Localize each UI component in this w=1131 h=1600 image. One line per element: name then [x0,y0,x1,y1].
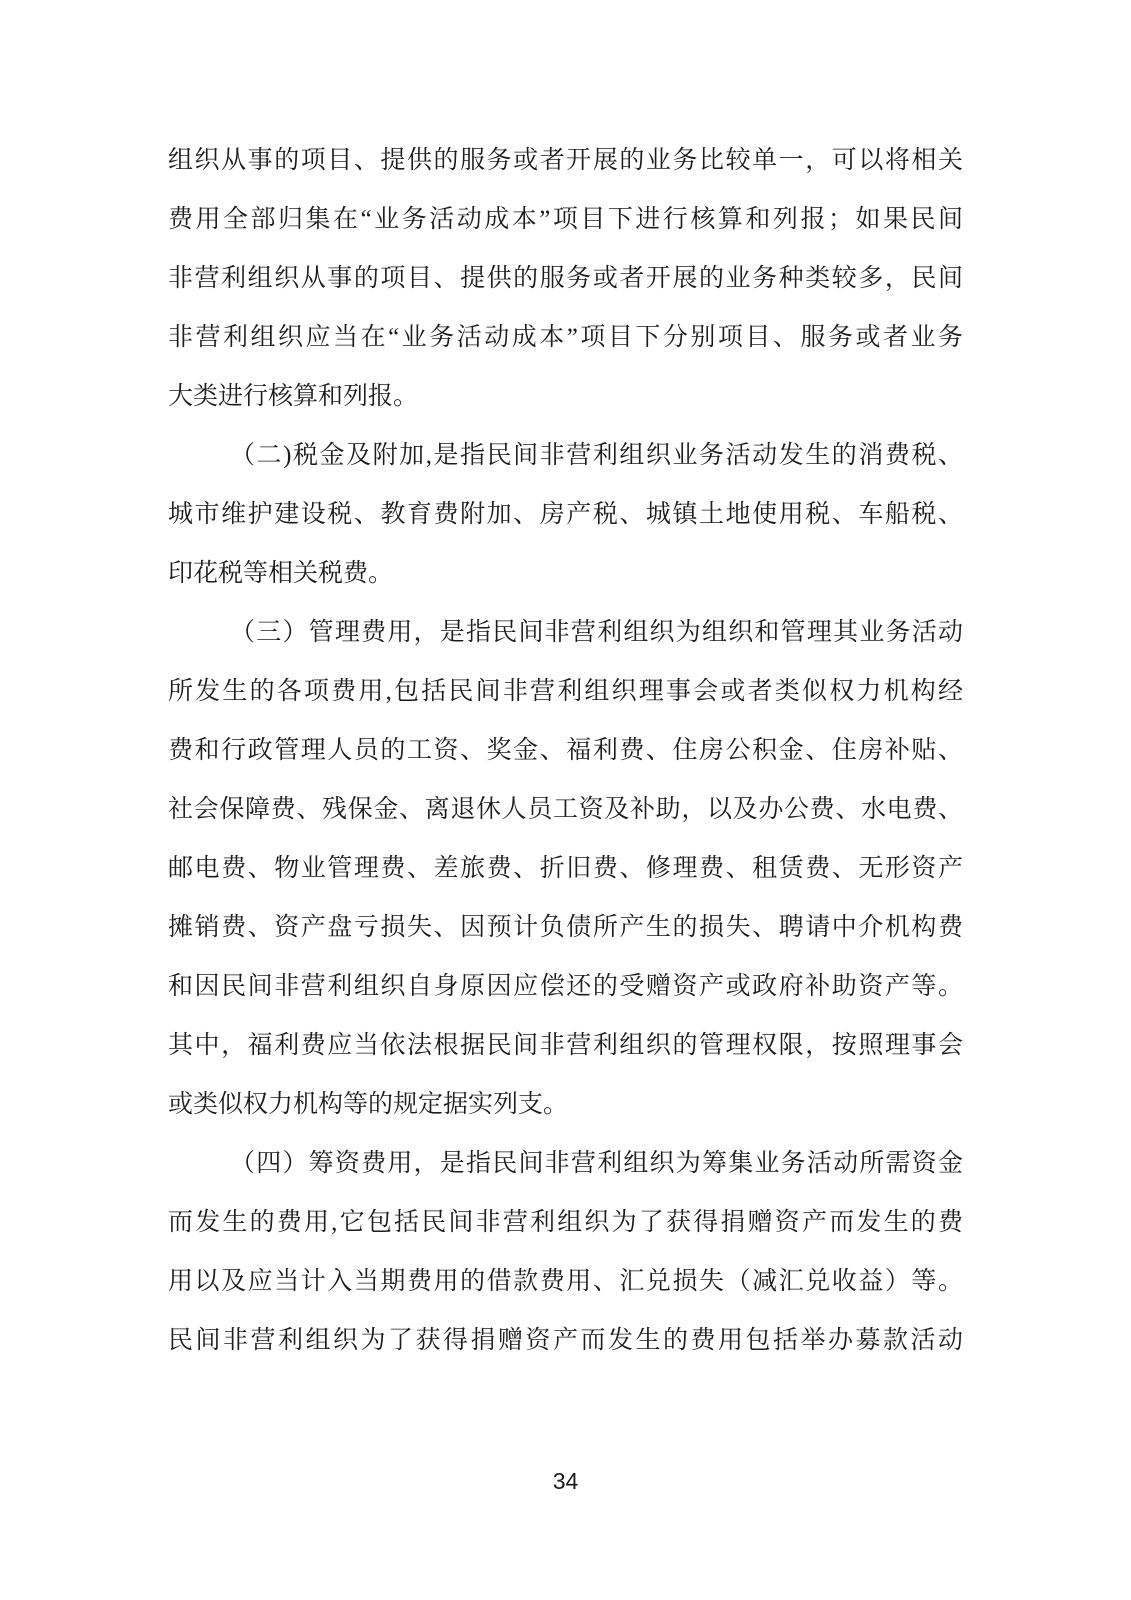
document-body: 组织从事的项目、提供的服务或者开展的业务比较单一，可以将相关费用全部归集在“业务… [168,131,963,1370]
text-line: 印花税等相关税费。 [168,544,963,603]
text-line: 用以及应当计入当期费用的借款费用、汇兑损失（减汇兑收益）等。 [168,1252,963,1311]
document-page: 组织从事的项目、提供的服务或者开展的业务比较单一，可以将相关费用全部归集在“业务… [0,0,1131,1600]
paragraph: （二)税金及附加,是指民间非营利组织业务活动发生的消费税、城市维护建设税、教育费… [168,426,963,603]
text-line: （三）管理费用，是指民间非营利组织为组织和管理其业务活动 [168,603,963,662]
text-line: 和因民间非营利组织自身原因应偿还的受赠资产或政府补助资产等。 [168,957,963,1016]
text-line: （二)税金及附加,是指民间非营利组织业务活动发生的消费税、 [168,426,963,485]
paragraph: 组织从事的项目、提供的服务或者开展的业务比较单一，可以将相关费用全部归集在“业务… [168,131,963,426]
text-line: 大类进行核算和列报。 [168,367,963,426]
text-line: 费和行政管理人员的工资、奖金、福利费、住房公积金、住房补贴、 [168,721,963,780]
page-number: 34 [0,1468,1131,1495]
text-line: 其中，福利费应当依法根据民间非营利组织的管理权限，按照理事会 [168,1016,963,1075]
text-line: 组织从事的项目、提供的服务或者开展的业务比较单一，可以将相关 [168,131,963,190]
text-line: 而发生的费用,它包括民间非营利组织为了获得捐赠资产而发生的费 [168,1193,963,1252]
text-line: 所发生的各项费用,包括民间非营利组织理事会或者类似权力机构经 [168,662,963,721]
text-line: 民间非营利组织为了获得捐赠资产而发生的费用包括举办募款活动 [168,1311,963,1370]
text-line: 社会保障费、残保金、离退休人员工资及补助，以及办公费、水电费、 [168,780,963,839]
text-line: （四）筹资费用，是指民间非营利组织为筹集业务活动所需资金 [168,1134,963,1193]
text-line: 非营利组织从事的项目、提供的服务或者开展的业务种类较多，民间 [168,249,963,308]
text-line: 摊销费、资产盘亏损失、因预计负债所产生的损失、聘请中介机构费 [168,898,963,957]
text-line: 或类似权力机构等的规定据实列支。 [168,1075,963,1134]
text-line: 费用全部归集在“业务活动成本”项目下进行核算和列报；如果民间 [168,190,963,249]
text-line: 非营利组织应当在“业务活动成本”项目下分别项目、服务或者业务 [168,308,963,367]
paragraph: （三）管理费用，是指民间非营利组织为组织和管理其业务活动所发生的各项费用,包括民… [168,603,963,1134]
paragraph: （四）筹资费用，是指民间非营利组织为筹集业务活动所需资金而发生的费用,它包括民间… [168,1134,963,1370]
text-line: 城市维护建设税、教育费附加、房产税、城镇土地使用税、车船税、 [168,485,963,544]
text-line: 邮电费、物业管理费、差旅费、折旧费、修理费、租赁费、无形资产 [168,839,963,898]
